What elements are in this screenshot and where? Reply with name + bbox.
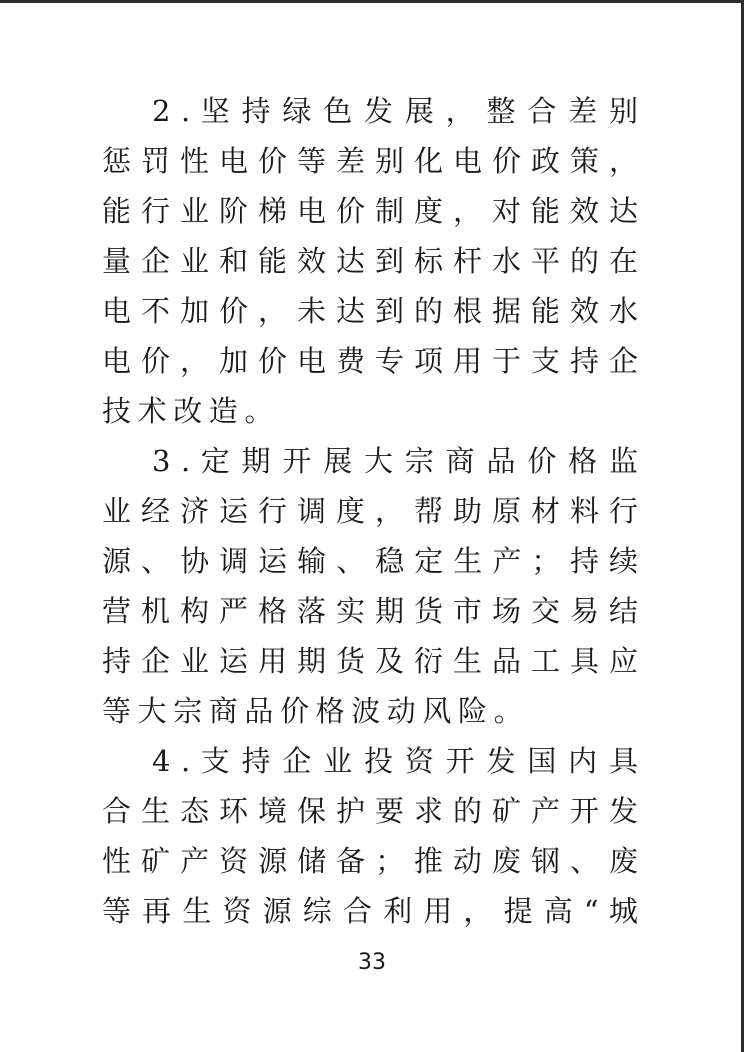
text-line: 电 不 加 价 ， 未 达 到 的 根 据 能 效 水 平 差 距 实 行 阶 … [102, 286, 638, 336]
text-line: 技术改造。 [102, 386, 638, 436]
text-line: 性 矿 产 资 源 储 备 ； 推 动 废 钢 、 废 有 色 金 属 、 废 … [102, 836, 638, 886]
paragraph-3: 3 . 定 期 开 展 大 宗 商 品 价 格 监 测 预 警 ， 强 化 工 … [102, 436, 638, 736]
text-line: 等 再 生 资 源 综 合 利 用 ， 提 高 “ 城 市 矿 山 ” 对 资 … [102, 886, 638, 936]
document-body: 2 . 坚 持 绿 色 发 展 ， 整 合 差 别 电 价 、 阶 梯 电 价 … [102, 86, 638, 936]
text-line: 惩 罚 性 电 价 等 差 别 化 电 价 政 策 ， 建 立 统 一 的 高 … [102, 136, 638, 186]
text-line: 能 行 业 阶 梯 电 价 制 度 ， 对 能 效 达 到 基 准 水 平 的 … [102, 186, 638, 236]
page-border-top [0, 0, 744, 3]
text-line: 等大宗商品价格波动风险。 [102, 686, 638, 736]
paragraph-4: 4 . 支 持 企 业 投 资 开 发 国 内 具 备 资 源 条 件 、 符 … [102, 736, 638, 936]
page-number: 33 [0, 950, 744, 975]
text-line: 量 企 业 和 能 效 达 到 标 杆 水 平 的 在 建 、 拟 建 企 业 … [102, 236, 638, 286]
text-line: 4 . 支 持 企 业 投 资 开 发 国 内 具 备 资 源 条 件 、 符 [102, 736, 638, 786]
text-line: 2 . 坚 持 绿 色 发 展 ， 整 合 差 别 电 价 、 阶 梯 电 价 … [102, 86, 638, 136]
paragraph-2: 2 . 坚 持 绿 色 发 展 ， 整 合 差 别 电 价 、 阶 梯 电 价 … [102, 86, 638, 436]
text-line: 营 机 构 严 格 落 实 期 货 市 场 交 易 结 算 风 控 措 施 ； … [102, 586, 638, 636]
text-line: 合 生 态 环 境 保 护 要 求 的 矿 产 开 发 项 目 ， 加 强 战 … [102, 786, 638, 836]
text-line: 电 价 ， 加 价 电 费 专 项 用 于 支 持 企 业 节 能 减 污 降 … [102, 336, 638, 386]
text-line: 3 . 定 期 开 展 大 宗 商 品 价 格 监 测 预 警 ， 强 化 工 [102, 436, 638, 486]
text-line: 业 经 济 运 行 调 度 ， 帮 助 原 材 料 行 业 企 业 组 织 货 [102, 486, 638, 536]
text-line: 持 企 业 运 用 期 货 及 衍 生 品 工 具 应 对 重 要 原 材 料 [102, 636, 638, 686]
text-line: 源 、 协 调 运 输 、 稳 定 生 产 ； 持 续 督 促 我 市 期 货 … [102, 536, 638, 586]
